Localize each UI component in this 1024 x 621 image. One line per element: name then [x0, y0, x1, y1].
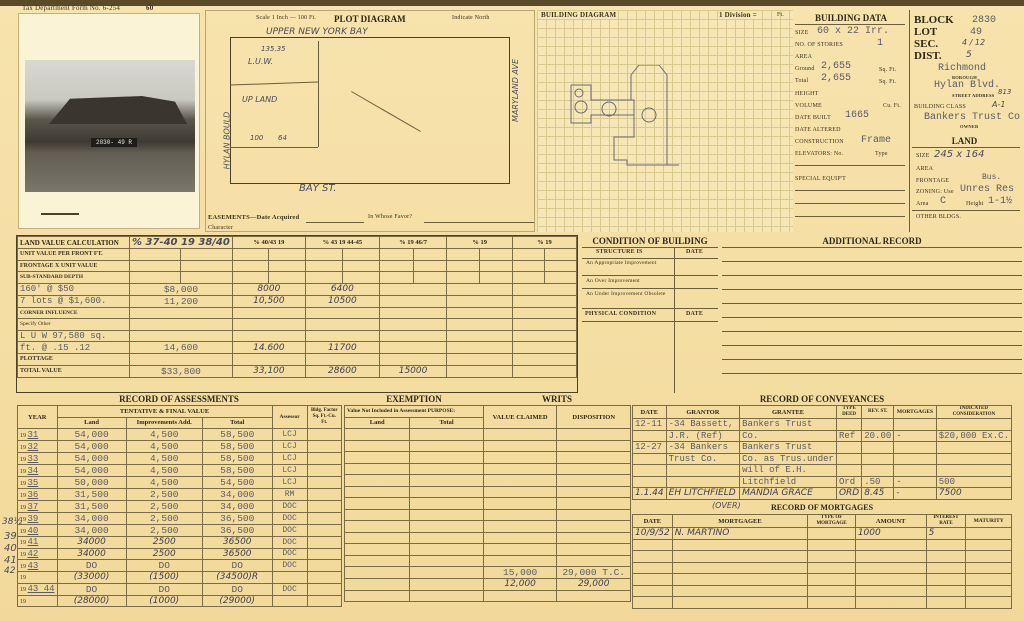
lv-col-header: % 19 46/7 [379, 237, 446, 249]
table-row [345, 498, 631, 510]
value-claimed-cell [483, 486, 557, 498]
year-cell: 19 40 [18, 525, 58, 537]
conv-cons-cell: 7500 [936, 488, 1011, 500]
date-built-value: 1665 [845, 110, 869, 121]
ar-rule [722, 345, 1022, 346]
cond-rule [582, 288, 718, 289]
conv-grantee-cell: MANDIA GRACE [740, 488, 837, 500]
improvements-cell: 4,500 [126, 477, 202, 489]
bldg-factor-cell [307, 583, 341, 595]
land-cell: 54,000 [57, 429, 126, 441]
mort-maturity-cell [966, 585, 1012, 597]
property-photo: 2830- 49 R [18, 13, 200, 229]
conv-rev-cell: 20.00 [862, 430, 894, 442]
year-value: 35 [28, 478, 39, 488]
condition-row: An Under Improvement Obsolete [586, 291, 666, 297]
year-value: 31 [28, 430, 39, 440]
table-row: 19 3454,0004,50058,500LCJ [18, 465, 342, 477]
plot-lot-line [318, 41, 319, 147]
col-conv-date: DATE [633, 406, 667, 419]
table-row: 19 3631,5002,50034,000RM [18, 489, 342, 501]
value-claimed-cell [483, 475, 557, 487]
total-cell: DO [202, 583, 272, 595]
conv-grantor-cell [666, 476, 740, 488]
value-claimed-cell [483, 521, 557, 533]
value-claimed-cell [483, 509, 557, 521]
total-cell: 34,000 [202, 501, 272, 513]
exempt-total-cell [410, 486, 484, 498]
ar-rule [722, 275, 1022, 276]
mort-date-cell [633, 562, 673, 574]
exempt-land-cell [345, 532, 410, 544]
year-cell: 19 [18, 595, 58, 607]
disposition-cell [557, 555, 631, 567]
col-value-claimed: VALUE CLAIMED [483, 406, 557, 429]
cond-rule [582, 321, 718, 322]
table-row: 15,00029,000 T.C. [345, 567, 631, 579]
table-row [345, 521, 631, 533]
year-cell: 19 41 [18, 537, 58, 549]
improvements-cell: 4,500 [126, 465, 202, 477]
col-group-value: TENTATIVE & FINAL VALUE [57, 406, 272, 418]
ground-value: 2,655 [821, 61, 851, 72]
table-row [345, 555, 631, 567]
table-row [633, 562, 1012, 574]
conv-cons-cell [936, 419, 1011, 431]
bd-rule [795, 24, 905, 25]
total-cell: 58,500 [202, 441, 272, 453]
mort-amount-cell [855, 562, 926, 574]
total-cell: 58,500 [202, 429, 272, 441]
col-mortgagee: MORTGAGEE [672, 515, 808, 528]
lv-col-header: % 19 [447, 237, 513, 249]
land-cell: DO [57, 560, 126, 572]
condition-title: CONDITION OF BUILDING [582, 236, 718, 246]
total-cell: 36,500 [202, 513, 272, 525]
physical-date-label: DATE [686, 311, 703, 317]
lv-entry-value: 11,200 [130, 295, 233, 307]
improvements-cell: 2500 [126, 537, 202, 549]
cond-rule [582, 258, 718, 259]
plot-north: Indicate North [452, 15, 490, 21]
division-label: 1 Division = [719, 11, 757, 19]
street-value: Hylan Blvd. [934, 80, 1000, 91]
condition-panel: CONDITION OF BUILDING STRUCTURE IS DATE … [582, 235, 718, 393]
division-unit: Ft. [777, 12, 784, 18]
elevator-type-label: Type [875, 151, 888, 157]
lv-entry-value: 11700 [305, 342, 379, 354]
height-label: HEIGHT [795, 91, 819, 97]
margin-note: 40 [4, 543, 17, 554]
assessments-table: YEAR TENTATIVE & FINAL VALUE Assessor Bl… [17, 405, 342, 607]
assessor-cell: DOC [272, 537, 307, 549]
mort-date-cell [633, 574, 673, 586]
table-row [345, 532, 631, 544]
col-assessor: Assessor [272, 406, 307, 429]
conv-grantee-cell: will of E.H. [740, 465, 837, 477]
table-row: 19 3254,0004,50058,500LCJ [18, 441, 342, 453]
whose-favor-label: In Whose Favor? [368, 214, 412, 220]
improvements-cell: 2,500 [126, 489, 202, 501]
mort-type-cell [808, 574, 856, 586]
cond-divider [674, 247, 675, 393]
mort-mortgagee-cell [672, 574, 808, 586]
conv-grantor-cell: -34 Bankers [666, 442, 740, 454]
land-cell: 34,000 [57, 513, 126, 525]
improvements-cell: DO [126, 583, 202, 595]
bldg-factor-cell [307, 525, 341, 537]
exempt-land-cell [345, 475, 410, 487]
assessor-cell: LCJ [272, 441, 307, 453]
bldg-factor-cell [307, 441, 341, 453]
easements-date-line [306, 222, 364, 223]
col-type-deed: TYPE DEED [836, 406, 861, 419]
table-row: 12-27-34 BankersBankers Trust [633, 442, 1012, 454]
mort-type-cell [808, 539, 856, 551]
improvements-cell: 2,500 [126, 525, 202, 537]
mort-mortgagee-cell [672, 585, 808, 597]
land-cell: 54,000 [57, 441, 126, 453]
table-row: LitchfieldOrd.50-500 [633, 476, 1012, 488]
table-row: 19 4234000250036500DOC [18, 548, 342, 560]
value-claimed-cell [483, 590, 557, 602]
conv-grantee-cell: Litchfield [740, 476, 837, 488]
exempt-land-cell [345, 544, 410, 556]
value-claimed-cell [483, 498, 557, 510]
cond-rule [582, 308, 718, 309]
ar-rule [722, 359, 1022, 360]
mort-date-cell [633, 539, 673, 551]
ground-unit: Sq. Ft. [879, 67, 896, 73]
land-cell: 54,000 [57, 465, 126, 477]
margin-note: 42 [4, 566, 15, 576]
frontage-label: FRONTAGE [916, 178, 949, 184]
conv-mort-cell [894, 465, 937, 477]
dist-label: DIST. [914, 50, 942, 62]
mort-maturity-cell [966, 539, 1012, 551]
table-row: 19 3354,0004,50058,500LCJ [18, 453, 342, 465]
table-row [345, 463, 631, 475]
structure-date-label: DATE [686, 249, 703, 255]
total-cell: DO [202, 560, 272, 572]
mort-type-cell [808, 528, 856, 540]
form-title: Tax Department Form No. 6-254 [22, 4, 120, 12]
land-cell: 31,500 [57, 489, 126, 501]
disposition-cell [557, 463, 631, 475]
conv-mort-cell: - [894, 476, 937, 488]
plot-title: PLOT DIAGRAM [334, 14, 406, 24]
disposition-cell [557, 486, 631, 498]
total-cell: 36500 [202, 548, 272, 560]
lv-entry-value: $8,000 [130, 283, 233, 295]
exempt-total-cell [410, 544, 484, 556]
table-row: 19 (33000)(1500)(34500)R [18, 572, 342, 584]
lot-value: 49 [970, 27, 982, 38]
building-diagram-title: BUILDING DIAGRAM [541, 11, 616, 19]
bldg-factor-cell [307, 595, 341, 607]
ar-rule [722, 303, 1022, 304]
table-row [345, 544, 631, 556]
mort-rate-cell [926, 597, 966, 609]
plot-scale: Scale 1 Inch — 100 Ft. [256, 15, 316, 21]
col-year: YEAR [18, 406, 58, 429]
exempt-total-cell [410, 475, 484, 487]
col-total: Total [202, 417, 272, 429]
conv-type-cell [836, 465, 861, 477]
table-row [345, 475, 631, 487]
exempt-land-cell [345, 452, 410, 464]
table-row [633, 551, 1012, 563]
bldg-factor-cell [307, 513, 341, 525]
assessments-title: RECORD OF ASSESSMENTS [16, 394, 342, 404]
total-cell: 34,000 [202, 489, 272, 501]
bd-rule-4 [795, 203, 905, 204]
value-claimed-cell [483, 544, 557, 556]
exempt-land-cell [345, 463, 410, 475]
land-value-table: LAND VALUE CALCULATION % 37-40 19 38/40 … [17, 236, 577, 378]
land-area-label: AREA [916, 166, 933, 172]
ground-label: Ground [795, 66, 815, 72]
plot-street-left: HYLAN BOULD [222, 112, 231, 170]
house-roof-shape [37, 96, 187, 124]
col-mort-type: TYPE OF MORTGAGE [808, 515, 856, 528]
bldg-factor-cell [307, 537, 341, 549]
additional-record-panel: ADDITIONAL RECORD [722, 235, 1022, 393]
mort-type-cell [808, 551, 856, 563]
improvements-cell: 4,500 [126, 453, 202, 465]
mort-amount-cell [855, 585, 926, 597]
year-cell: 19 39 [18, 513, 58, 525]
lv-label-specify: Specify Other [18, 319, 130, 331]
form-code: 60 [146, 4, 153, 12]
improvements-cell: DO [126, 560, 202, 572]
conv-grantor-cell [666, 465, 740, 477]
exempt-land-cell [345, 440, 410, 452]
exempt-land-cell [345, 509, 410, 521]
size-value: 60 x 22 Irr. [817, 26, 889, 37]
exempt-land-cell [345, 486, 410, 498]
cond-rule [582, 275, 718, 276]
year-cell: 19 34 [18, 465, 58, 477]
year-value: 41 [28, 537, 39, 547]
mort-rate-cell [926, 562, 966, 574]
mort-mortgagee-cell [672, 539, 808, 551]
disposition-cell [557, 498, 631, 510]
conv-grantee-cell: Co. [740, 430, 837, 442]
mort-date-cell [633, 597, 673, 609]
lv-entry-desc: ft. @ .15 .12 [18, 342, 130, 354]
conv-type-cell [836, 453, 861, 465]
construction-value: Frame [861, 135, 891, 146]
volume-label: VOLUME [795, 103, 822, 109]
mort-maturity-cell [966, 574, 1012, 586]
year-value: 37 [28, 502, 39, 512]
value-claimed-cell [483, 440, 557, 452]
year-value: 36 [28, 490, 39, 500]
exempt-land-cell [345, 521, 410, 533]
lv-total-value: 15000 [379, 365, 446, 377]
exempt-total-cell [410, 579, 484, 591]
dist-value: 5 [966, 50, 972, 60]
land-cell: DO [57, 583, 126, 595]
exempt-land-cell [345, 579, 410, 591]
exempt-total-cell [410, 429, 484, 441]
land-cell: 34000 [57, 537, 126, 549]
plot-lot-bottom [230, 147, 318, 148]
margin-note: 41 [4, 555, 17, 566]
conv-date-cell [633, 430, 667, 442]
exempt-total-cell [410, 440, 484, 452]
lv-label-frontage: FRONTAGE X UNIT VALUE [18, 260, 130, 272]
land-cell: 50,000 [57, 477, 126, 489]
lv-col-header: % 19 [512, 237, 576, 249]
year-value: 34 [28, 466, 39, 476]
conv-mort-cell: - [894, 488, 937, 500]
building-data-panel: BUILDING DATA SIZE 60 x 22 Irr. NO. OF S… [795, 10, 907, 232]
lot-label: LOT [914, 26, 937, 38]
improvements-cell: (1000) [126, 595, 202, 607]
conv-type-cell: Ref [836, 430, 861, 442]
conv-date-cell [633, 453, 667, 465]
year-cell: 19 [18, 572, 58, 584]
conv-grantee-cell: Co. as Trus.under [740, 453, 837, 465]
year-cell: 19 43 44 [18, 583, 58, 595]
exempt-total-cell [410, 521, 484, 533]
total-cell: 54,500 [202, 477, 272, 489]
value-claimed-cell [483, 429, 557, 441]
writs-title: WRITS [484, 394, 630, 404]
year-cell: 19 36 [18, 489, 58, 501]
col-exempt-land: Land [345, 417, 410, 429]
conv-date-cell [633, 476, 667, 488]
conv-grantee-cell: Bankers Trust [740, 442, 837, 454]
assessor-cell: DOC [272, 548, 307, 560]
conv-grantor-cell: EH LITCHFIELD [666, 488, 740, 500]
land-title: LAND [912, 136, 1017, 146]
disposition-cell [557, 521, 631, 533]
conv-cons-cell [936, 465, 1011, 477]
mort-mortgagee-cell: N. MARTINO [672, 528, 808, 540]
plot-dim-bottom2: 64 [278, 134, 287, 142]
zoning-use-value: Unres Res [960, 184, 1014, 195]
lv-entry-value: 8000 [232, 283, 305, 295]
col-disposition: DISPOSITION [557, 406, 631, 429]
year-value: 42 [28, 549, 39, 559]
mort-maturity-cell [966, 551, 1012, 563]
bldg-factor-cell [307, 548, 341, 560]
total-cell: 58,500 [202, 453, 272, 465]
mort-type-cell [808, 562, 856, 574]
mort-rate-cell [926, 539, 966, 551]
conv-cons-cell: 500 [936, 476, 1011, 488]
improvements-cell: 2,500 [126, 501, 202, 513]
lv-label-total: TOTAL VALUE [18, 365, 130, 377]
assessor-cell: RM [272, 489, 307, 501]
assessor-cell: DOC [272, 525, 307, 537]
table-row [345, 486, 631, 498]
lv-entry-value: 10500 [305, 295, 379, 307]
building-class-value: A-1 [992, 100, 1005, 109]
structure-label: STRUCTURE IS [596, 249, 643, 255]
sec-label: SEC. [914, 38, 938, 50]
improvements-cell: 2500 [126, 548, 202, 560]
bd-rule-2 [795, 165, 905, 166]
whose-favor-line [424, 222, 534, 223]
value-claimed-cell: 12,000 [483, 579, 557, 591]
lv-total-value: 28600 [305, 365, 379, 377]
owner-label: OWNER [960, 124, 979, 129]
total-cell: 36500 [202, 537, 272, 549]
land-cell: 34000 [57, 548, 126, 560]
building-diagram-grid: BUILDING DIAGRAM 1 Division = Ft. [537, 10, 793, 232]
lv-entry-value: 6400 [305, 283, 379, 295]
conv-rev-cell [862, 442, 894, 454]
table-row: 19 4134000250036500DOC [18, 537, 342, 549]
table-row: 19 4034,0002,50036,500DOC [18, 525, 342, 537]
assessor-cell: LCJ [272, 465, 307, 477]
mort-mortgagee-cell [672, 597, 808, 609]
conv-rev-cell [862, 465, 894, 477]
zoning-height-value: 1-1½ [988, 196, 1012, 207]
over-note: (OVER) [712, 501, 741, 510]
conveyances-table: DATE GRANTOR GRANTEE TYPE DEED REV. ST. … [632, 405, 1012, 500]
year-cell: 19 42 [18, 548, 58, 560]
conveyances-title: RECORD OF CONVEYANCES [632, 394, 1012, 404]
conv-date-cell: 12-11 [633, 419, 667, 431]
conv-mort-cell [894, 419, 937, 431]
conv-type-cell [836, 442, 861, 454]
col-bldg-factor: Bldg. Factor Sq. Ft.-Cu. Ft. [307, 406, 341, 429]
land-cell: 31,500 [57, 501, 126, 513]
sec-value: 4 / 12 [962, 38, 985, 47]
disposition-cell [557, 440, 631, 452]
value-claimed-cell [483, 532, 557, 544]
conv-mort-cell: - [894, 430, 937, 442]
mort-type-cell [808, 597, 856, 609]
ar-rule [722, 247, 1022, 248]
cond-rule [582, 247, 718, 248]
land-value-title: LAND VALUE CALCULATION [18, 237, 130, 249]
year-cell: 19 43 [18, 560, 58, 572]
stories-label: NO. OF STORIES [795, 42, 843, 48]
lv-entry-desc: L U W 97,580 sq. [18, 330, 130, 342]
table-row: 19 3731,5002,50034,000DOC [18, 501, 342, 513]
margin-note: 38½ [2, 517, 22, 527]
year-value: 43 44 [28, 584, 55, 594]
assessor-cell [272, 595, 307, 607]
table-row [633, 539, 1012, 551]
special-equip-label: SPECIAL EQUIP'T [795, 176, 846, 182]
mort-rate-cell [926, 574, 966, 586]
year-cell: 19 31 [18, 429, 58, 441]
mort-date-cell [633, 585, 673, 597]
condition-row: An Over Improvement [586, 278, 640, 284]
block-info-panel: BLOCK 2830 LOT 49 SEC. 4 / 12 DIST. 5 Ri… [912, 10, 1024, 232]
conv-date-cell [633, 465, 667, 477]
conv-rev-cell [862, 419, 894, 431]
exempt-total-cell [410, 498, 484, 510]
mort-maturity-cell [966, 562, 1012, 574]
conv-grantor-cell: -34 Bassett, [666, 419, 740, 431]
year-cell: 19 32 [18, 441, 58, 453]
conv-cons-cell [936, 453, 1011, 465]
zoning-area-label: Area [916, 201, 928, 207]
land-size-label: SIZE [916, 153, 929, 159]
date-altered-label: DATE ALTERED [795, 127, 841, 133]
exempt-land-cell [345, 555, 410, 567]
table-row: 12,00029,000 [345, 579, 631, 591]
zoning-area-value: C [940, 196, 946, 207]
